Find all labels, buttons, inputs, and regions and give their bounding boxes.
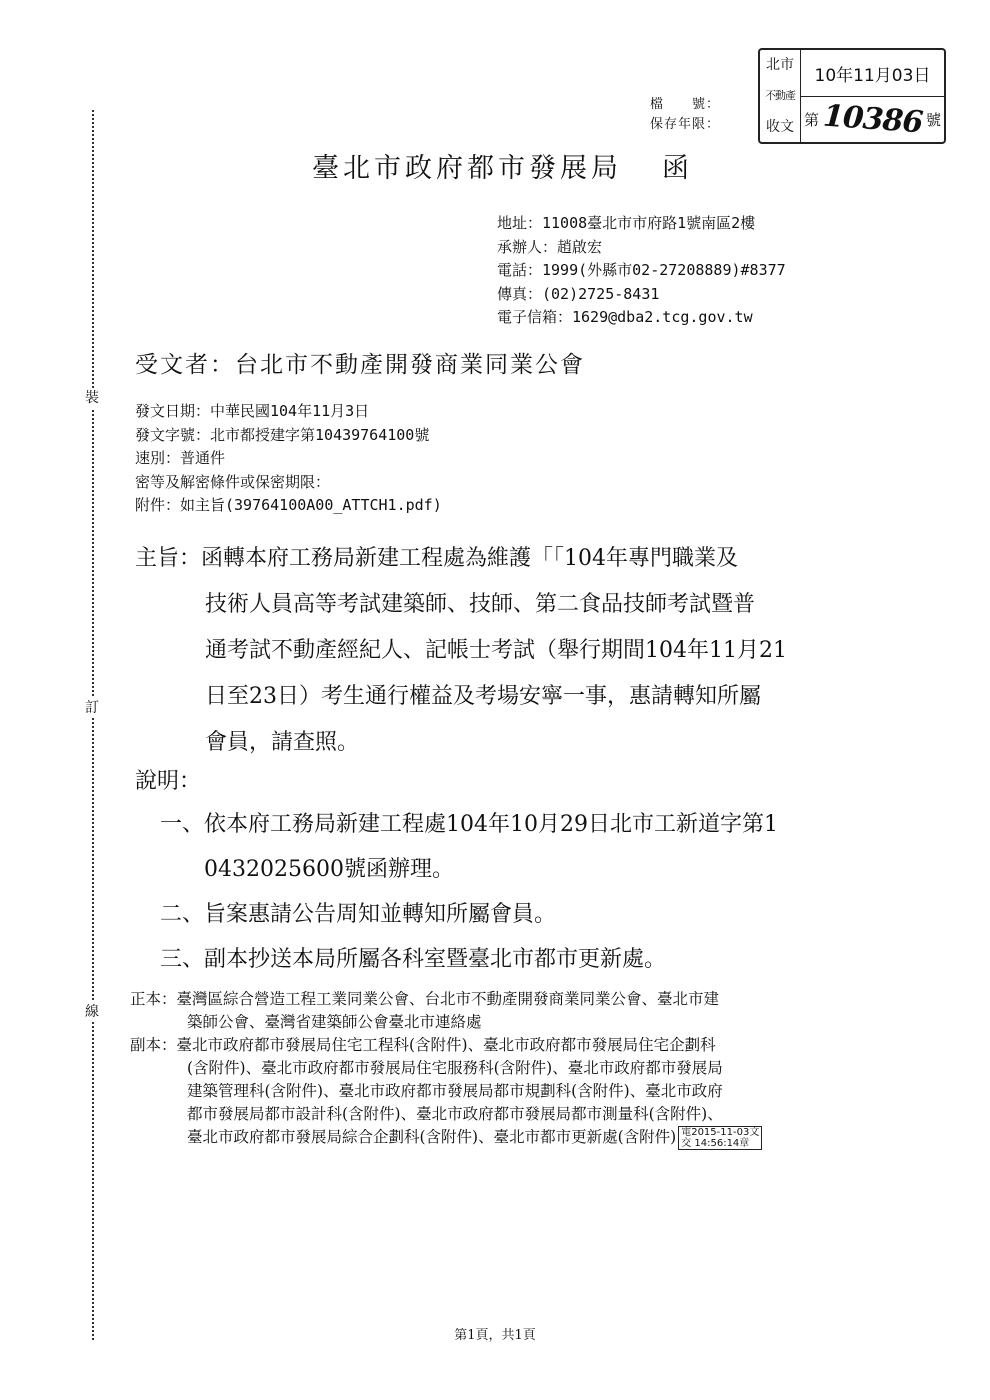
- stamp-handwritten-number: 10386: [822, 99, 924, 141]
- binding-mark-ding: 訂: [80, 698, 104, 718]
- explanation-list: 一、依本府工務局新建工程處104年10月29日北市工新道字第1 04320256…: [160, 802, 778, 982]
- copy-recipients-cont: 都市發展局都市設計科(含附件)、臺北市政府都市發展局都市測量科(含附件)、: [130, 1103, 900, 1126]
- file-labels: 檔 號： 保存年限：: [650, 95, 720, 135]
- document-meta: 發文日期：中華民國104年11月3日 發文字號：北市都授建字第104397641…: [135, 400, 442, 518]
- contact-address: 地址：11008臺北市市府路1號南區2樓: [497, 212, 786, 236]
- contact-handler: 承辦人：趙啟宏: [497, 236, 786, 260]
- issue-date: 發文日期：中華民國104年11月3日: [135, 400, 442, 424]
- e-stamp-line1: 電2015-11-03文: [681, 1127, 759, 1138]
- contact-fax: 傳真：(02)2725-8431: [497, 283, 786, 307]
- receipt-stamp: 北市 不動產 收文 10年11月03日 第 10386 號: [758, 48, 946, 144]
- file-number-label: 檔 號：: [650, 95, 720, 115]
- explanation-item-1: 一、依本府工務局新建工程處104年10月29日北市工新道字第1: [160, 802, 778, 847]
- stamp-org-line1: 北市: [766, 52, 794, 78]
- copy-recipients-cont: 建築管理科(含附件)、臺北市政府都市發展局都市規劃科(含附件)、臺北市政府: [130, 1080, 900, 1103]
- stamp-org-line2: 不動產: [765, 83, 795, 109]
- subject-line: 通考試不動產經紀人、記帳士考試（舉行期間104年11月21: [135, 628, 875, 674]
- binding-line: [92, 110, 94, 1340]
- copy-recipients-last: 臺北市政府都市發展局綜合企劃科(含附件)、臺北市都市更新處(含附件): [187, 1128, 676, 1146]
- explanation-item-1-cont: 0432025600號函辦理。: [160, 847, 778, 892]
- subject-line: 會員，請查照。: [135, 720, 875, 766]
- explanation-item-2: 二、旨案惠請公告周知並轉知所屬會員。: [160, 892, 778, 937]
- stamp-date: 10年11月03日: [801, 50, 944, 97]
- copy-recipients-cont: 臺北市政府都市發展局綜合企劃科(含附件)、臺北市都市更新處(含附件)電2015-…: [130, 1126, 900, 1150]
- copy-recipients: 副本：臺北市政府都市發展局住宅工程科(含附件)、臺北市政府都市發展局住宅企劃科: [130, 1034, 900, 1057]
- distribution-list: 正本：臺灣區綜合營造工程工業同業公會、台北市不動產開發商業同業公會、臺北市建 築…: [130, 988, 900, 1150]
- contact-email: 電子信箱：1629@dba2.tcg.gov.tw: [497, 306, 786, 330]
- stamp-number-suffix: 號: [926, 109, 941, 130]
- stamp-org: 北市 不動產 收文: [760, 50, 801, 142]
- document-type: 函: [662, 153, 693, 184]
- priority: 速別：普通件: [135, 447, 442, 471]
- subject-line: 技術人員高等考試建築師、技師、第二食品技師考試暨普: [135, 582, 875, 628]
- e-stamp-line2: 交 14:56:14章: [681, 1138, 759, 1149]
- page-number: 第1頁，共1頁: [0, 1324, 990, 1343]
- attachment: 附件：如主旨(39764100A00_ATTCH1.pdf): [135, 494, 442, 518]
- binding-mark-xian: 線: [80, 1002, 104, 1022]
- contact-phone: 電話：1999(外縣市02-27208889)#8377: [497, 259, 786, 283]
- explanation-heading: 說明：: [135, 764, 201, 795]
- stamp-org-line3: 收文: [766, 114, 794, 140]
- stamp-number-prefix: 第: [804, 109, 819, 130]
- contact-block: 地址：11008臺北市市府路1號南區2樓 承辦人：趙啟宏 電話：1999(外縣市…: [497, 212, 786, 330]
- agency-name: 臺北市政府都市發展局: [312, 153, 622, 184]
- document-title: 臺北市政府都市發展局函: [312, 146, 693, 185]
- original-recipients: 正本：臺灣區綜合營造工程工業同業公會、台北市不動產開發商業同業公會、臺北市建: [130, 988, 900, 1011]
- subject-line: 主旨：函轉本府工務局新建工程處為維護「「104年專門職業及: [135, 536, 875, 582]
- document-number: 發文字號：北市都授建字第10439764100號: [135, 424, 442, 448]
- original-recipients-cont: 築師公會、臺灣省建築師公會臺北市連絡處: [130, 1011, 900, 1034]
- electronic-exchange-stamp: 電2015-11-03文交 14:56:14章: [678, 1126, 762, 1150]
- subject: 主旨：函轉本府工務局新建工程處為維護「「104年專門職業及 技術人員高等考試建築…: [135, 536, 875, 766]
- recipient: 受文者：台北市不動產開發商業同業公會: [135, 346, 585, 379]
- stamp-number-row: 第 10386 號: [801, 97, 944, 142]
- copy-recipients-cont: (含附件)、臺北市政府都市發展局住宅服務科(含附件)、臺北市政府都市發展局: [130, 1057, 900, 1080]
- binding-mark-zhuang: 裝: [80, 388, 104, 408]
- subject-line: 日至23日）考生通行權益及考場安寧一事，惠請轉知所屬: [135, 674, 875, 720]
- classification: 密等及解密條件或保密期限：: [135, 471, 442, 495]
- retention-label: 保存年限：: [650, 115, 720, 135]
- explanation-item-3: 三、副本抄送本局所屬各科室暨臺北市都市更新處。: [160, 937, 778, 982]
